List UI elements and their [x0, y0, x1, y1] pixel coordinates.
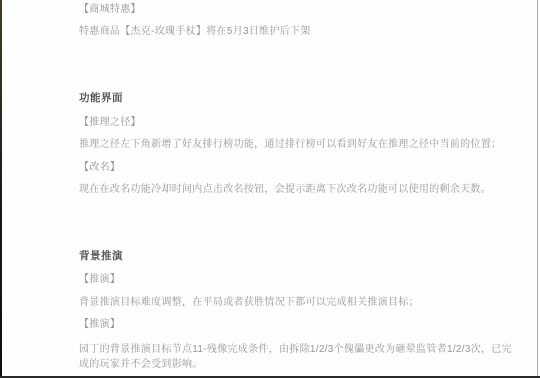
paragraph-deduction-path: 推理之径左下角新增了好友排行榜功能，通过排行榜可以看到好友在推理之径中当前的位置…: [79, 139, 501, 150]
paragraph-rename: 现在在改名功能冷却时间内点击改名按钮，会提示距离下次改名功能可以使用的剩余天数。: [79, 184, 491, 195]
right-border-line: [537, 0, 538, 378]
subheading-deduction-2: 【推演】: [79, 319, 120, 330]
subheading-deduction-path: 【推理之径】: [79, 117, 141, 128]
subheading-shop-special: 【商城特惠】: [79, 4, 141, 15]
section-heading-function-ui: 功能界面: [79, 93, 123, 104]
paragraph-deduction-difficulty: 背景推演目标难度调整，在平局或者获胜情况下都可以完成相关推演目标；: [79, 297, 419, 308]
section-heading-background-deduction: 背景推演: [79, 251, 123, 262]
paragraph-gardener-node: 园丁的背景推演目标节点11-残像完成条件，由拆除1/2/3个傀儡更改为砸晕监管者…: [79, 342, 519, 372]
subheading-rename: 【改名】: [79, 162, 120, 173]
announcement-page: 【商城特惠】 特惠商品【杰克-玫瑰手杖】将在5月3日维护后下架 功能界面 【推理…: [0, 0, 540, 378]
announcement-content: 【商城特惠】 特惠商品【杰克-玫瑰手杖】将在5月3日维护后下架 功能界面 【推理…: [79, 0, 537, 372]
left-border-line: [0, 0, 2, 378]
subheading-deduction-1: 【推演】: [79, 274, 120, 285]
paragraph-shop-special: 特惠商品【杰克-玫瑰手杖】将在5月3日维护后下架: [79, 26, 311, 37]
